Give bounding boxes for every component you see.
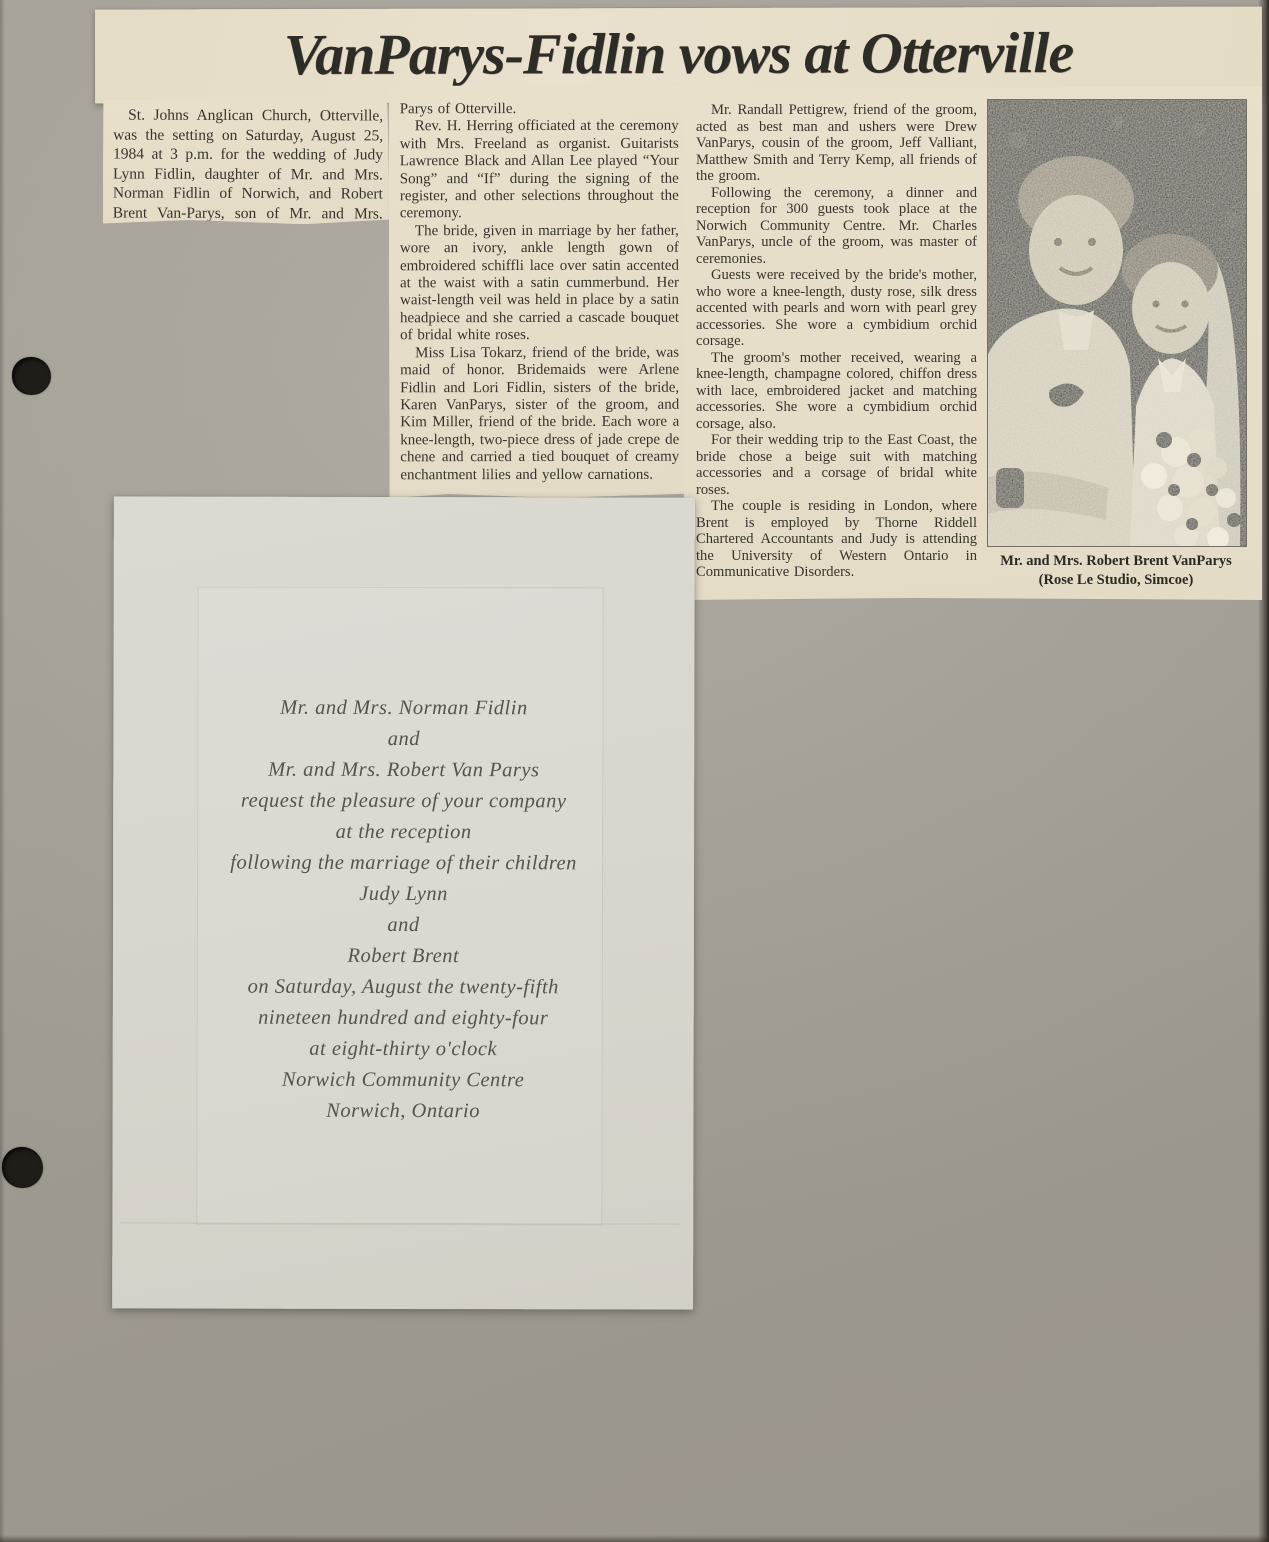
hole-punch-top [12,357,51,395]
photo-caption: Mr. and Mrs. Robert Brent VanParys (Rose… [980,552,1252,590]
article-column-3-text: Mr. Randall Pettigrew, friend of the gro… [696,102,977,581]
article-paragraph: Parys of Otterville. [400,101,679,119]
page-edge-bottom [0,1535,1269,1542]
article-paragraph: Mr. Randall Pettigrew, friend of the gro… [696,102,977,185]
article-column-2-text: Parys of Otterville. Rev. H. Herring off… [400,101,680,484]
photo-caption-line-1: Mr. and Mrs. Robert Brent VanParys [980,552,1252,571]
article-column-1-text: St. Johns Anglican Church, Otterville, w… [113,106,383,244]
article-paragraph: Following the ceremony, a dinner and rec… [696,185,977,268]
invitation-line: Robert Brent [113,940,694,972]
page-edge-left [0,0,5,1542]
article-headline: VanParys-Fidlin vows at Otterville [95,6,1262,88]
photo-caption-line-2: (Rose Le Studio, Simcoe) [980,571,1252,590]
article-paragraph: The groom's mother received, wearing a k… [696,350,977,433]
invitation-line: Norwich Community Centre [113,1064,694,1096]
article-paragraph: The bride, given in marriage by her fath… [400,223,679,345]
invitation-line: and [113,723,694,755]
invitation-line: following the marriage of their children [113,847,694,879]
article-paragraph: Miss Lisa Tokarz, friend of the bride, w… [400,344,679,484]
invitation-line: Mr. and Mrs. Norman Fidlin [113,692,694,724]
invitation-line: Mr. and Mrs. Robert Van Parys [113,754,694,786]
hole-punch-bottom [2,1147,43,1188]
article-paragraph: St. Johns Anglican Church, Otterville, w… [113,106,383,244]
article-paragraph: Rev. H. Herring officiated at the ceremo… [400,118,679,223]
invitation-line: on Saturday, August the twenty-fifth [113,971,694,1003]
scrapbook-page: VanParys-Fidlin vows at Otterville St. J… [0,0,1269,1542]
wedding-photo [988,100,1246,546]
invitation-line: request the pleasure of your company [113,785,694,817]
invitation-card: Mr. and Mrs. Norman Fidlin and Mr. and M… [112,496,695,1309]
invitation-line: nineteen hundred and eighty-four [113,1002,694,1034]
article-column-1-clipping: St. Johns Anglican Church, Otterville, w… [103,97,390,224]
article-paragraph: The couple is residing in London, where … [696,498,977,581]
article-column-3-clipping: Mr. Randall Pettigrew, friend of the gro… [684,86,1262,600]
invitation-line: Judy Lynn [113,878,694,910]
article-paragraph: For their wedding trip to the East Coast… [696,432,977,498]
article-paragraph: Guests were received by the bride's moth… [696,267,977,350]
invitation-line: Norwich, Ontario [113,1095,694,1127]
wedding-photo-image [988,100,1246,546]
invitation-line: and [113,909,694,941]
article-column-2-clipping: Parys of Otterville. Rev. H. Herring off… [389,84,689,499]
invitation-line: at eight-thirty o'clock [113,1033,694,1065]
invitation-line: at the reception [113,816,694,848]
invitation-text: Mr. and Mrs. Norman Fidlin and Mr. and M… [113,692,695,1127]
